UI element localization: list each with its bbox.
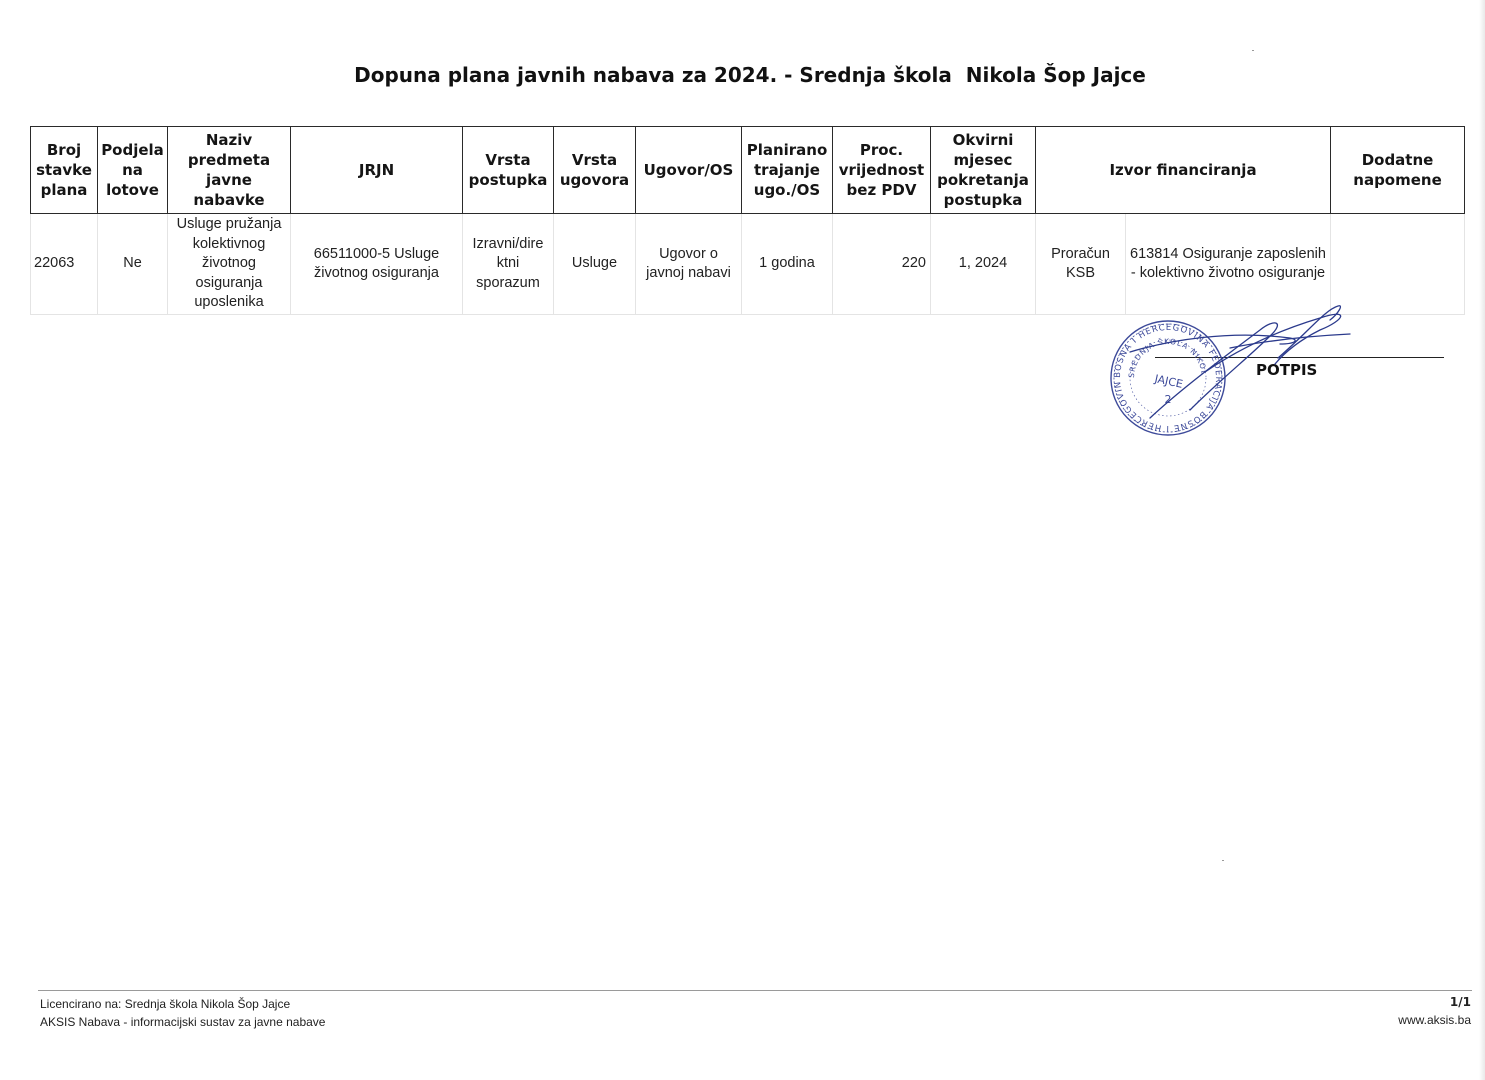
cell-vrsta-ugovora: Usluge [554,214,636,315]
cell-proc-vrijednost: 220 [833,214,931,315]
cell-okvirni-mjesec: 1, 2024 [931,214,1036,315]
header-okvirni-mjesec: Okvirni mjesec pokretanja postupka [931,127,1036,214]
cell-ugovor-os: Ugovor o javnoj nabavi [636,214,742,315]
document-title: Dopuna plana javnih nabava za 2024. - Sr… [0,63,1485,87]
footer-license: Licencirano na: Srednja škola Nikola Šop… [40,995,325,1013]
header-broj-stavke: Broj stavke plana [31,127,98,214]
cell-naziv-predmeta: Usluge pružanja kolektivnog životnog osi… [168,214,291,315]
header-vrsta-ugovora: Vrsta ugovora [554,127,636,214]
header-proc-vrijednost: Proc. vrijednost bez PDV [833,127,931,214]
cell-planirano-trajanje: 1 godina [742,214,833,315]
footer-divider [38,990,1472,991]
handwritten-signature-icon [1130,306,1350,418]
footer-left: Licencirano na: Srednja škola Nikola Šop… [40,995,325,1031]
header-izvor-financiranja: Izvor financiranja [1036,127,1331,214]
footer-right: 1/1 www.aksis.ba [1398,993,1471,1029]
header-dodatne-napomene: Dodatne napomene [1331,127,1465,214]
scan-speck [1252,50,1254,51]
header-podjela-na-lotove: Podjela na lotove [98,127,168,214]
footer-system: AKSIS Nabava - informacijski sustav za j… [40,1013,325,1031]
stamp-and-signature: BOSNA I HERCEGOVINA FEDERACIJA BOSNE I H… [1110,300,1450,450]
header-naziv-predmeta: Naziv predmeta javne nabavke [168,127,291,214]
header-vrsta-postupka: Vrsta postupka [463,127,554,214]
footer-website-link[interactable]: www.aksis.ba [1398,1011,1471,1029]
page-number: 1/1 [1398,993,1471,1011]
scan-speck [1222,860,1224,861]
header-jrjn: JRJN [291,127,463,214]
cell-vrsta-postupka: Izravni/dire ktni sporazum [463,214,554,315]
cell-podjela-na-lotove: Ne [98,214,168,315]
procurement-plan-table: Broj stavke plana Podjela na lotove Nazi… [30,126,1465,315]
header-planirano-trajanje: Planirano trajanje ugo./OS [742,127,833,214]
page-edge-shadow [1479,0,1485,1080]
table-header-row: Broj stavke plana Podjela na lotove Nazi… [31,127,1465,214]
cell-jrjn: 66511000-5 Usluge životnog osiguranja [291,214,463,315]
cell-broj-stavke: 22063 [31,214,98,315]
svg-text:JAJCE: JAJCE [1152,372,1184,391]
header-ugovor-os: Ugovor/OS [636,127,742,214]
